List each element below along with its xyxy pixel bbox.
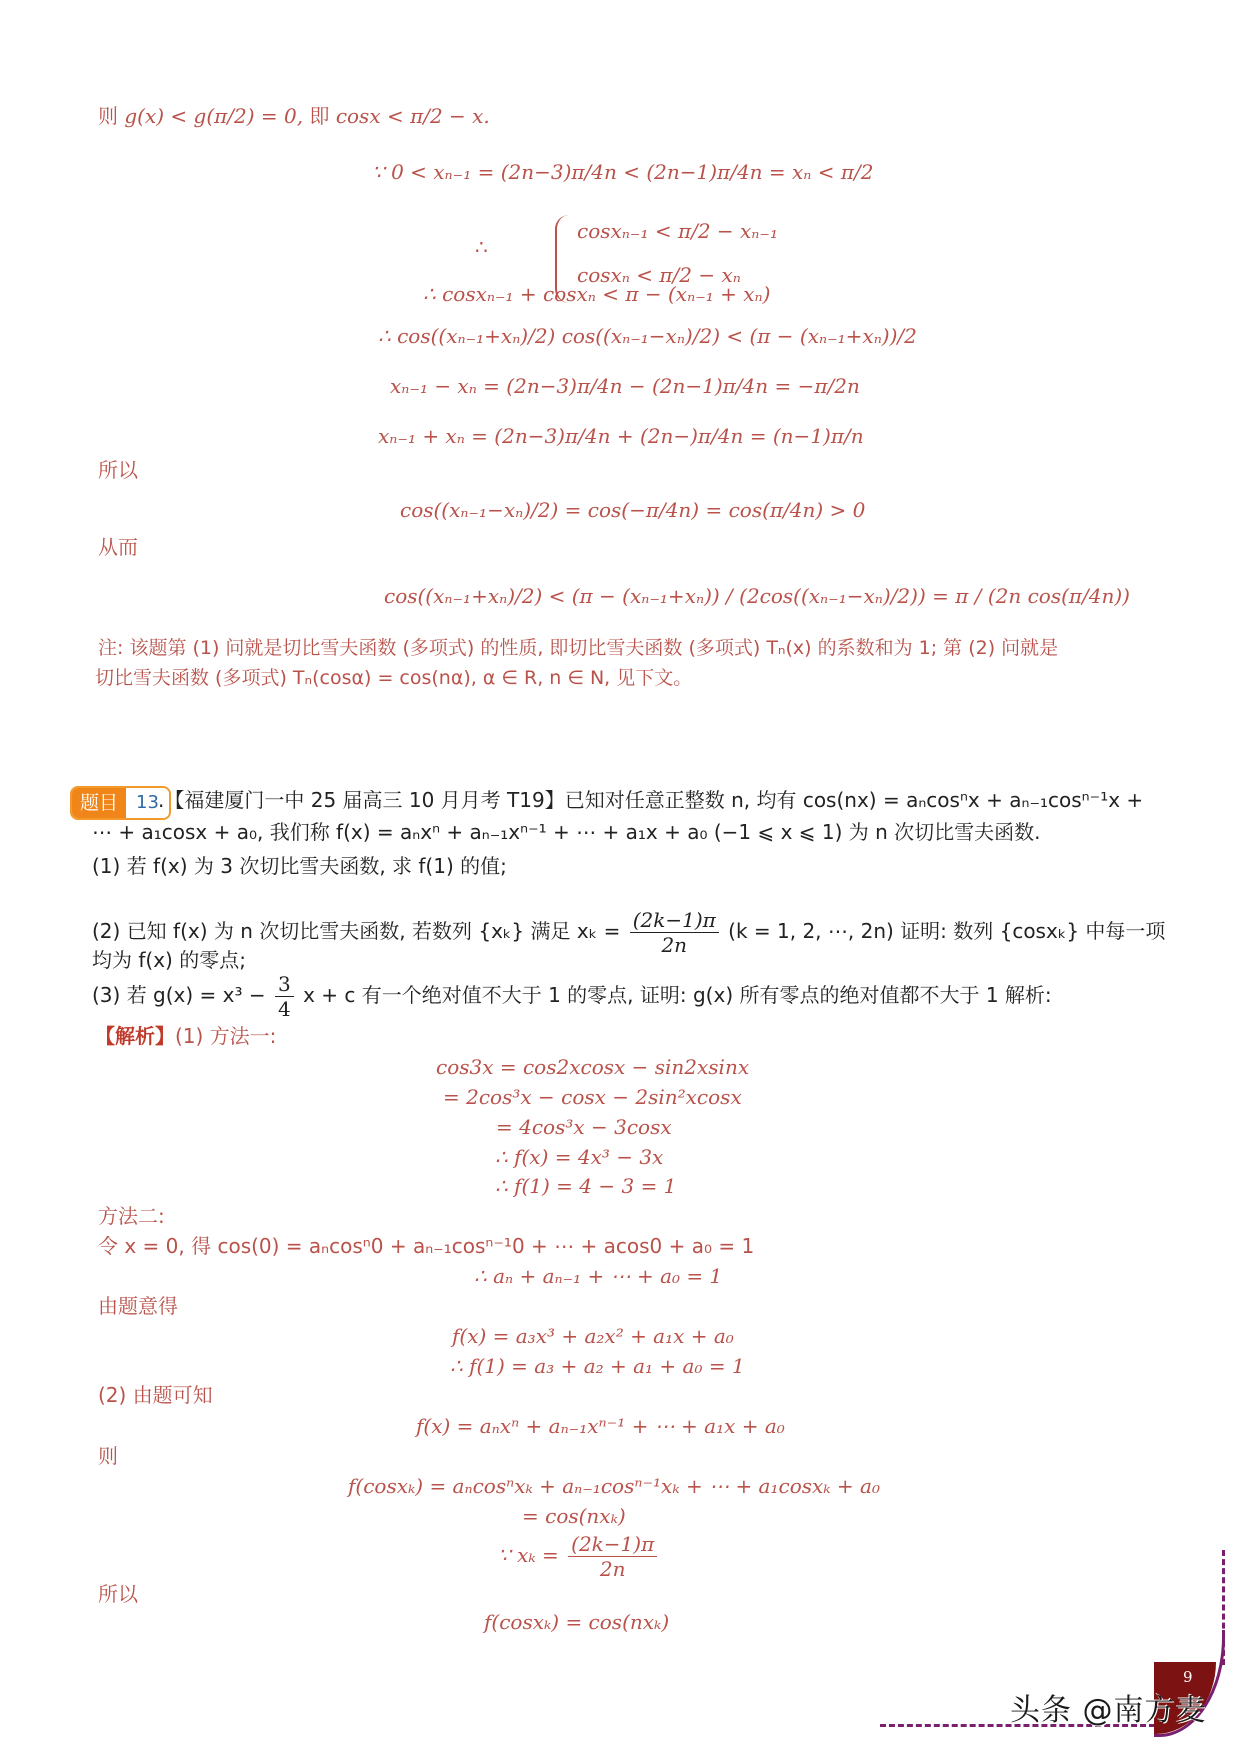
method-1-line-3: = 4cos³x − 3cosx xyxy=(496,1113,672,1141)
xk-frac-den: 2n xyxy=(597,1557,629,1581)
question-2-line-2: 均为 f(x) 的零点; xyxy=(92,946,246,974)
method-2-line-4: ∴ f(1) = a₃ + a₂ + a₁ + a₀ = 1 xyxy=(450,1352,745,1380)
equation-product-cos: ∴ cos((xₙ₋₁+xₙ)/2) cos((xₙ₋₁−xₙ)/2) < (π… xyxy=(378,322,917,350)
equation-final-bound: cos((xₙ₋₁+xₙ)/2) < (π − (xₙ₋₁+xₙ)) / (2c… xyxy=(384,582,1130,610)
math-cos-inequality: cosx < π/2 − x. xyxy=(336,104,490,128)
text-ze: 则 xyxy=(98,104,118,128)
method-1-line-1: cos3x = cos2xcosx − sin2xsinx xyxy=(436,1053,749,1081)
question-2-line-1: (2) 已知 f(x) 为 n 次切比雪夫函数, 若数列 {xₖ} 满足 xₖ … xyxy=(92,908,1165,957)
problem-tag-label: 题目 xyxy=(72,788,126,818)
xk-fraction: (2k−1)π 2n xyxy=(568,1532,657,1581)
q2-text-a: (2) 已知 f(x) 为 n 次切比雪夫函数, 若数列 {xₖ} 满足 xₖ … xyxy=(92,919,620,943)
text-congeer: 从而 xyxy=(98,533,138,561)
solution-label: 【解析】 xyxy=(95,1024,175,1048)
watermark: 头条 @南方麦 xyxy=(1010,1685,1207,1729)
xk-prefix: ∵ xₖ = xyxy=(498,1543,559,1567)
part-2-line-3: = cos(nxₖ) xyxy=(522,1502,626,1530)
solution-header: 【解析】(1) 方法一: xyxy=(95,1022,276,1050)
problem-tag: 题目 13 xyxy=(70,786,171,820)
method-2-label: 方法二: xyxy=(98,1202,165,1230)
question-3: (3) 若 g(x) = x³ − 3 4 x + c 有一个绝对值不大于 1 … xyxy=(92,972,1052,1021)
part-2-line-4: ∵ xₖ = (2k−1)π 2n xyxy=(498,1532,660,1581)
method-2-line-3: f(x) = a₃x³ + a₂x² + a₁x + a₀ xyxy=(452,1322,734,1350)
equation-sum: xₙ₋₁ + xₙ = (2n−3)π/4n + (2n−)π/4n = (n−… xyxy=(378,422,864,450)
equation-sum-cos: ∴ cosxₙ₋₁ + cosxₙ < π − (xₙ₋₁ + xₙ) xyxy=(423,280,770,308)
text-ji: 即 xyxy=(309,104,329,128)
math-g-inequality: g(x) < g(π/2) = 0, xyxy=(124,104,303,128)
xk-frac-num: (2k−1)π xyxy=(568,1532,657,1557)
q3-text-b: x + c 有一个绝对值不大于 1 的零点, 证明: g(x) 所有零点的绝对值… xyxy=(303,983,1052,1007)
text-ze-2: 则 xyxy=(98,1442,118,1470)
problem-stem-line-1: .【福建厦门一中 25 届高三 10 月月考 T19】已知对任意正整数 n, 均… xyxy=(158,786,1143,814)
equation-cos-positive: cos((xₙ₋₁−xₙ)/2) = cos(−π/4n) = cos(π/4n… xyxy=(400,496,865,524)
document-page: 则 g(x) < g(π/2) = 0, 即 cosx < π/2 − x. ∵… xyxy=(0,0,1240,1754)
part-2-line-1: f(x) = aₙxⁿ + aₙ₋₁xⁿ⁻¹ + ⋯ + a₁x + a₀ xyxy=(416,1412,785,1440)
question-1: (1) 若 f(x) 为 3 次切比雪夫函数, 求 f(1) 的值; xyxy=(92,852,507,880)
q3-frac-num: 3 xyxy=(275,972,294,997)
q2-frac-num: (2k−1)π xyxy=(630,908,719,933)
text-suoyi: 所以 xyxy=(98,456,138,484)
note-line-2: 切比雪夫函数 (多项式) Tₙ(cosα) = cos(nα), α ∈ R, … xyxy=(95,664,692,692)
q2-frac-den: 2n xyxy=(658,933,690,957)
problem-source: 【福建厦门一中 25 届高三 10 月月考 T19】 xyxy=(164,788,564,812)
page-number: 9 xyxy=(1183,1668,1193,1686)
therefore-symbol: ∴ xyxy=(475,233,488,261)
method-1-line-2: = 2cos³x − cosx − 2sin²xcosx xyxy=(443,1083,742,1111)
q3-text-a: (3) 若 g(x) = x³ − xyxy=(92,983,266,1007)
part-2-line-2: f(cosxₖ) = aₙcosⁿxₖ + aₙ₋₁cosⁿ⁻¹xₖ + ⋯ +… xyxy=(348,1472,880,1500)
problem-stem-text-1: 已知对任意正整数 n, 均有 cos(nx) = aₙcosⁿx + aₙ₋₁c… xyxy=(565,788,1143,812)
equation-xn-bounds: ∵ 0 < xₙ₋₁ = (2n−3)π/4n < (2n−1)π/4n = x… xyxy=(372,158,873,186)
method-2-line-2: ∴ aₙ + aₙ₋₁ + ⋯ + a₀ = 1 xyxy=(474,1262,722,1290)
q3-fraction: 3 4 xyxy=(275,972,294,1021)
method-1-label: (1) 方法一: xyxy=(175,1024,276,1048)
method-1-line-5: ∴ f(1) = 4 − 3 = 1 xyxy=(495,1172,676,1200)
text-youtiyide: 由题意得 xyxy=(98,1292,178,1320)
problem-stem-line-2: ⋯ + a₁cosx + a₀, 我们称 f(x) = aₙxⁿ + aₙ₋₁x… xyxy=(92,818,1041,846)
inequality-row-1: cosxₙ₋₁ < π/2 − xₙ₋₁ xyxy=(577,217,778,245)
q2-text-b: (k = 1, 2, ⋯, 2n) 证明: 数列 {cosxₖ} 中每一项 xyxy=(728,919,1165,943)
text-suoyi-2: 所以 xyxy=(98,1580,138,1608)
equation-difference: xₙ₋₁ − xₙ = (2n−3)π/4n − (2n−1)π/4n = −π… xyxy=(390,372,860,400)
part-2-header: (2) 由题可知 xyxy=(98,1381,213,1409)
method-2-line-1: 令 x = 0, 得 cos(0) = aₙcosⁿ0 + aₙ₋₁cosⁿ⁻¹… xyxy=(98,1232,754,1260)
q3-frac-den: 4 xyxy=(275,997,294,1021)
method-1-line-4: ∴ f(x) = 4x³ − 3x xyxy=(495,1143,663,1171)
solution-line-g-inequality: 则 g(x) < g(π/2) = 0, 即 cosx < π/2 − x. xyxy=(98,102,490,130)
q2-fraction: (2k−1)π 2n xyxy=(630,908,719,957)
note-line-1: 注: 该题第 (1) 问就是切比雪夫函数 (多项式) 的性质, 即切比雪夫函数 … xyxy=(98,634,1058,662)
part-2-line-5: f(cosxₖ) = cos(nxₖ) xyxy=(484,1608,669,1636)
